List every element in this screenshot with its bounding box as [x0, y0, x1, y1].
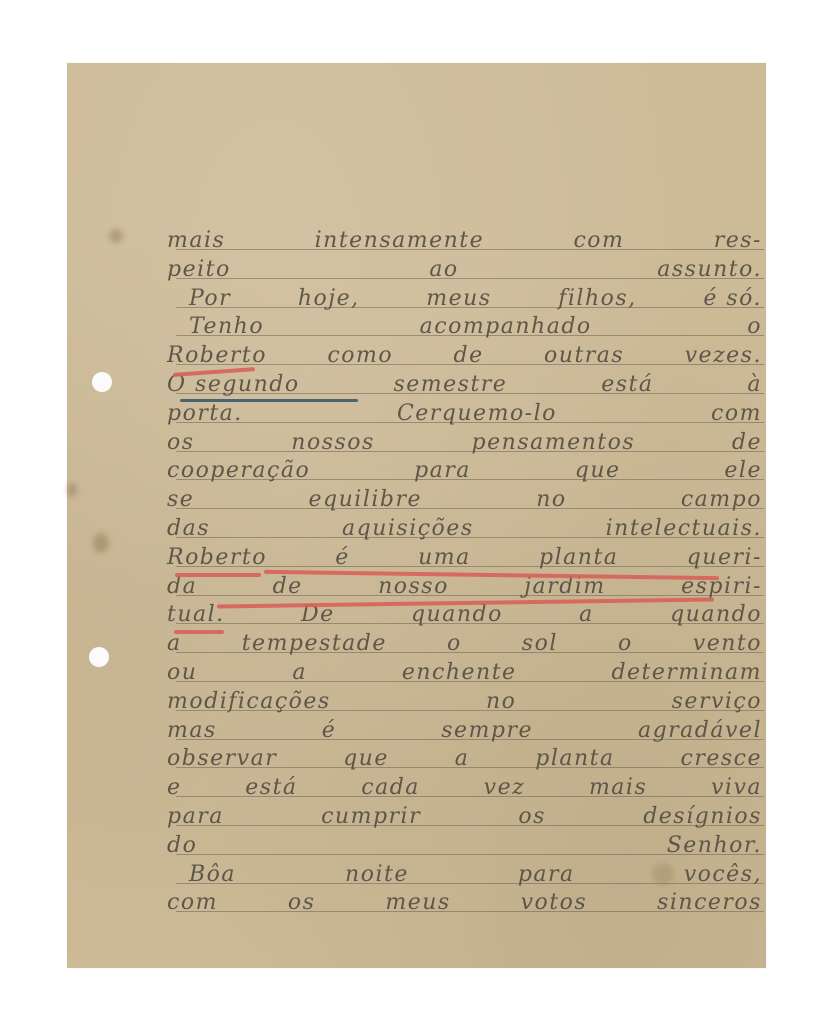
word: está: [601, 372, 653, 397]
word: os: [288, 890, 316, 915]
word: das: [167, 516, 210, 541]
text-line: Tenhoacompanhadoo: [167, 311, 762, 339]
word: porta.: [167, 401, 243, 426]
word: para: [518, 862, 575, 887]
word: a: [292, 660, 307, 685]
word: intensamente: [315, 228, 485, 253]
text-line: atempestadeosolovento: [167, 628, 762, 656]
text-line: maisintensamentecomres-: [167, 225, 762, 253]
word: vento: [693, 631, 762, 656]
text-line: comosmeusvotossinceros: [167, 887, 762, 915]
word: se: [167, 487, 194, 512]
word: pensamentos: [472, 430, 636, 455]
word: e: [167, 775, 182, 800]
stain: [109, 229, 123, 243]
word: cresce: [681, 746, 763, 771]
word: cada: [361, 775, 420, 800]
text-line: dasaquisiçõesintelectuais.: [167, 513, 762, 541]
text-line: eestácadavezmaisviva: [167, 772, 762, 800]
word: com: [167, 890, 218, 915]
word: observar: [167, 746, 277, 771]
word: viva: [711, 775, 762, 800]
text-line: Bôanoiteparavocês,: [167, 859, 762, 887]
word: semestre: [393, 372, 507, 397]
word: Cerquemo-lo: [397, 401, 557, 426]
word: hoje,: [298, 286, 360, 311]
text-line: modificaçõesnoserviço: [167, 686, 762, 714]
text-line: O segundosemestreestáà: [167, 369, 762, 397]
word: a: [455, 746, 470, 771]
word: acompanhado: [420, 314, 592, 339]
word: como: [327, 343, 393, 368]
word: Senhor.: [667, 833, 762, 858]
word: com: [573, 228, 624, 253]
word: que: [343, 746, 389, 771]
word: mas: [167, 718, 217, 743]
word: planta: [535, 746, 614, 771]
stain: [93, 533, 109, 553]
word: outras: [544, 343, 624, 368]
text-line: masésempreagradável: [167, 715, 762, 743]
word: meus: [385, 890, 450, 915]
word: intelectuais.: [606, 516, 762, 541]
word: no: [536, 487, 566, 512]
text-line: seequilibrenocampo: [167, 484, 762, 512]
letter-page: maisintensamentecomres-peitoaoassunto.Po…: [67, 63, 766, 968]
word: uma: [418, 545, 471, 570]
text-line: Robertoéumaplantaqueri-: [167, 542, 762, 570]
word: modificações: [167, 689, 331, 714]
word: serviço: [672, 689, 762, 714]
word: é: [335, 545, 350, 570]
word: Roberto: [167, 545, 267, 570]
word: sinceros: [657, 890, 762, 915]
word: campo: [681, 487, 762, 512]
text-line: Porhoje,meusfilhos,é só.: [167, 283, 762, 311]
blue-underline-segundo-semestre: [180, 399, 358, 402]
text-line: Robertocomodeoutrasvezes.: [167, 340, 762, 368]
word: nossos: [291, 430, 375, 455]
word: vocês,: [684, 862, 762, 887]
word: tempestade: [242, 631, 387, 656]
word: quando: [411, 602, 503, 627]
word: com: [711, 401, 762, 426]
word: peito: [167, 257, 231, 282]
word: cumprir: [321, 804, 421, 829]
word: Bôa: [189, 862, 236, 887]
word: os: [167, 430, 195, 455]
text-line: cooperaçãoparaqueele: [167, 455, 762, 483]
word: que: [575, 458, 621, 483]
word: noite: [345, 862, 409, 887]
word: o: [618, 631, 633, 656]
word: o: [447, 631, 462, 656]
word: agradável: [638, 718, 762, 743]
word: meus: [426, 286, 491, 311]
word: equilibre: [309, 487, 423, 512]
word: enchente: [402, 660, 517, 685]
word: de: [454, 343, 484, 368]
word: à: [747, 372, 762, 397]
stain: [67, 483, 77, 497]
word: filhos,: [558, 286, 636, 311]
word: assunto.: [657, 257, 762, 282]
word: planta: [539, 545, 618, 570]
red-underline-tual: [174, 630, 224, 634]
text-line: observarqueaplantacresce: [167, 743, 762, 771]
word: ou: [167, 660, 197, 685]
punch-hole-top: [92, 372, 112, 392]
word: de: [273, 574, 303, 599]
word: sempre: [441, 718, 533, 743]
word: está: [245, 775, 297, 800]
word: nosso: [378, 574, 449, 599]
word: mais: [167, 228, 225, 253]
word: queri-: [687, 545, 762, 570]
text-line: doSenhor.: [167, 830, 762, 858]
word: quando: [670, 602, 762, 627]
word: ele: [724, 458, 762, 483]
word: desígnios: [643, 804, 762, 829]
word: é: [322, 718, 337, 743]
word: Roberto: [167, 343, 267, 368]
word: vez: [484, 775, 526, 800]
word: cooperação: [167, 458, 310, 483]
word: no: [486, 689, 516, 714]
text-line: paracumprirosdesígnios: [167, 801, 762, 829]
word: para: [167, 804, 224, 829]
word: de: [732, 430, 762, 455]
text-line: osnossospensamentosde: [167, 427, 762, 455]
word: os: [518, 804, 546, 829]
word: tual.: [167, 602, 225, 627]
word: sol: [522, 631, 558, 656]
word: aquisições: [342, 516, 474, 541]
word: Por: [189, 286, 231, 311]
word: o: [747, 314, 762, 339]
word: votos: [521, 890, 588, 915]
word: res-: [714, 228, 762, 253]
word: a: [167, 631, 182, 656]
word: vezes.: [685, 343, 762, 368]
word: da: [167, 574, 197, 599]
text-line: ouaenchentedeterminam: [167, 657, 762, 685]
word: é só.: [703, 286, 762, 311]
word: mais: [589, 775, 647, 800]
word: do: [167, 833, 197, 858]
word: a: [579, 602, 594, 627]
punch-hole-bottom: [89, 647, 109, 667]
word: para: [414, 458, 471, 483]
red-underline-roberto-2: [175, 573, 261, 577]
word: Tenho: [189, 314, 264, 339]
word: ao: [429, 257, 458, 282]
text-line: peitoaoassunto.: [167, 254, 762, 282]
word: determinam: [611, 660, 762, 685]
